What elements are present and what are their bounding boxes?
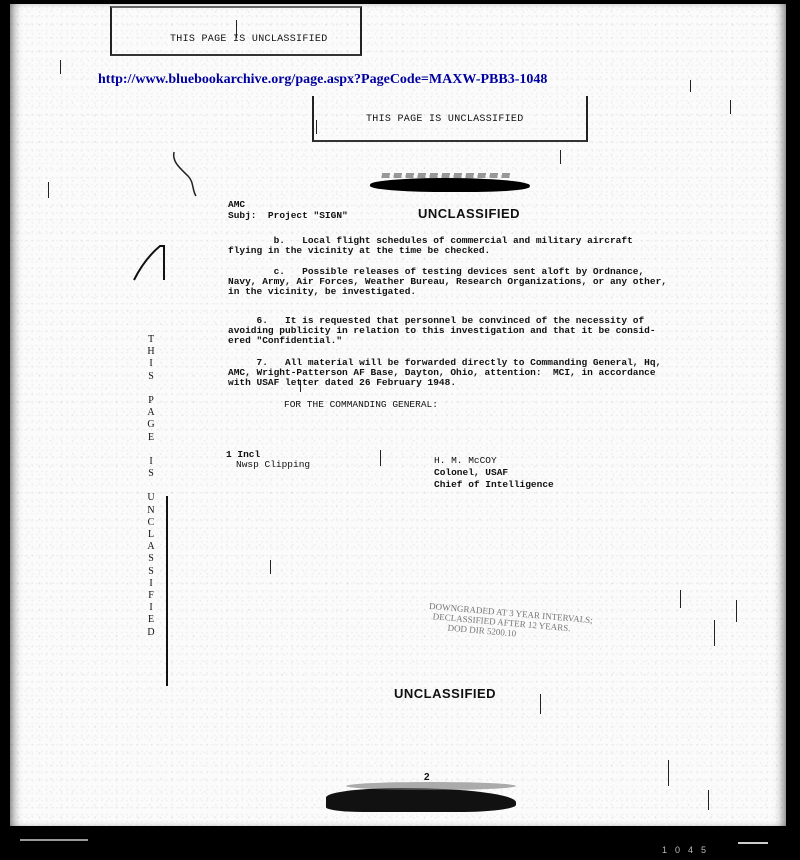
film-scratch (270, 560, 271, 574)
paragraph-line: with USAF letter dated 26 February 1948. (228, 378, 661, 388)
film-scratch (714, 620, 715, 646)
unclassified-stamp-top: UNCLASSIFIED (418, 206, 520, 221)
stamp-margin-line (166, 496, 168, 686)
archive-url-link[interactable]: http://www.bluebookarchive.org/page.aspx… (98, 72, 547, 88)
stamp-letter: I (144, 358, 158, 370)
paragraph-line: in the vicinity, be investigated. (228, 287, 667, 297)
stamp-letter: I (144, 602, 158, 614)
film-frame-number: 1045 (662, 845, 714, 855)
subject-value: Project "SIGN" (268, 210, 348, 221)
stamp-letter: I (144, 578, 158, 590)
unclassified-stamp-text: THIS PAGE IS UNCLASSIFIED (170, 34, 328, 45)
stamp-letter: C (144, 517, 158, 529)
unclassified-stamp-box-second: THIS PAGE IS UNCLASSIFIED (312, 96, 588, 142)
memo-from: AMC (228, 200, 245, 210)
memo-subject-line: Subj: Project "SIGN" (228, 211, 348, 221)
film-scratch (690, 80, 691, 92)
film-edge-mark (738, 842, 768, 844)
paragraph-line: flying in the vicinity at the time be ch… (228, 246, 633, 256)
film-scratch (60, 60, 61, 74)
signature-name: H. M. McCOY (434, 456, 497, 466)
stamp-letter: E (144, 614, 158, 626)
stamp-letter: N (144, 505, 158, 517)
vertical-unclassified-stamp: THIS PAGE IS UNCLASSIFIED (144, 334, 158, 639)
signature-rank: Colonel, USAF (434, 468, 508, 478)
film-scratch (380, 450, 381, 466)
film-edge-mark (20, 839, 88, 841)
stamp-letter: A (144, 541, 158, 553)
stamp-letter: S (144, 468, 158, 480)
stamp-letter: H (144, 346, 158, 358)
stamp-letter: I (144, 456, 158, 468)
redacted-confidential-mark-top (369, 178, 531, 192)
microfilm-frame: THIS PAGE IS UNCLASSIFIED http://www.blu… (0, 0, 800, 860)
paragraph-7: 7. All material will be forwarded direct… (228, 358, 661, 388)
stamp-letter: U (144, 492, 158, 504)
ink-squiggle (170, 150, 200, 200)
stamp-letter: T (144, 334, 158, 346)
stamp-letter (144, 444, 158, 456)
unclassified-stamp-text: THIS PAGE IS UNCLASSIFIED (366, 114, 524, 125)
paragraph-b: b. Local flight schedules of commercial … (228, 236, 633, 256)
signature-title: Chief of Intelligence (434, 480, 554, 490)
subject-label: Subj: (228, 210, 257, 221)
film-scratch (540, 694, 541, 714)
paragraph-line: ered "Confidential." (228, 336, 656, 346)
stamp-letter (144, 383, 158, 395)
film-scratch (560, 150, 561, 164)
film-scratch (48, 182, 49, 198)
stamp-letter: P (144, 395, 158, 407)
stamp-letter: L (144, 529, 158, 541)
film-scratch (680, 590, 681, 608)
ink-squiggle (130, 240, 170, 300)
stamp-letter: S (144, 371, 158, 383)
enclosure-item: Nwsp Clipping (236, 460, 310, 470)
stamp-letter (144, 480, 158, 492)
stamp-letter: G (144, 419, 158, 431)
stamp-letter: S (144, 566, 158, 578)
unclassified-stamp-bottom: UNCLASSIFIED (394, 686, 496, 701)
film-scratch (730, 100, 731, 114)
film-scratch (736, 600, 737, 622)
stamp-letter: E (144, 432, 158, 444)
paragraph-c: c. Possible releases of testing devices … (228, 267, 667, 297)
paragraph-6: 6. It is requested that personnel be con… (228, 316, 656, 346)
film-scratch (708, 790, 709, 810)
memo-closing: FOR THE COMMANDING GENERAL: (284, 400, 438, 410)
film-scratch (668, 760, 669, 786)
unclassified-stamp-box-top: THIS PAGE IS UNCLASSIFIED (110, 6, 362, 56)
stamp-letter: F (144, 590, 158, 602)
stamp-letter: S (144, 553, 158, 565)
stamp-letter: D (144, 627, 158, 639)
stamp-letter: A (144, 407, 158, 419)
